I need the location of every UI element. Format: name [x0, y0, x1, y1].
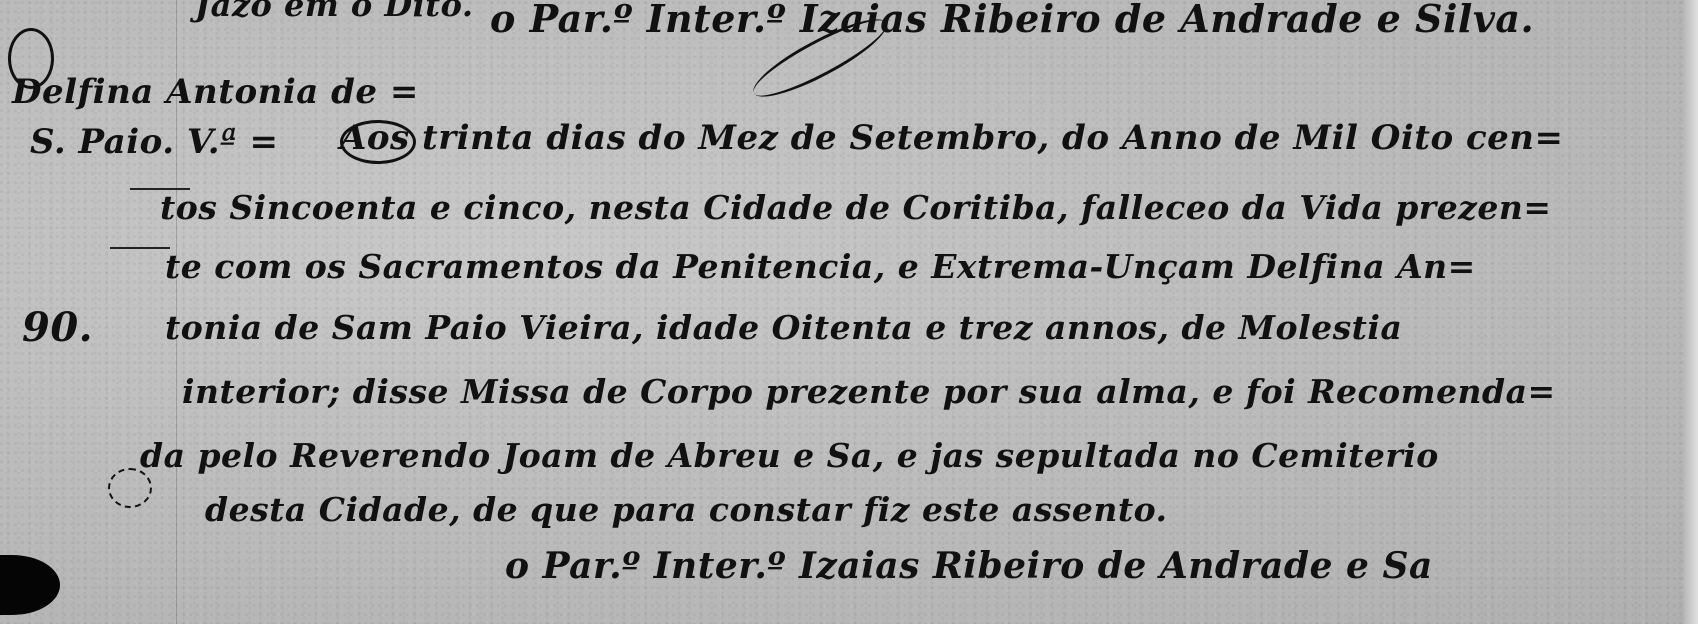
guide-line	[110, 247, 170, 249]
page-edge	[1684, 0, 1698, 624]
body-line-3: te com os Sacramentos da Penitencia, e E…	[165, 247, 1476, 286]
body-line-6: da pelo Reverendo Joam de Abreu e Sa, e …	[140, 436, 1439, 475]
body-line-5: interior; disse Missa de Corpo prezente …	[182, 372, 1556, 411]
previous-entry-fragment: Jazo em o Dito.	[195, 0, 473, 24]
priest-signature: o Par.º Inter.º Izaias Ribeiro de Andrad…	[505, 545, 1433, 587]
body-line-2: tos Sincoenta e cinco, nesta Cidade de C…	[160, 188, 1552, 227]
margin-name-line-1: Delfina Antonia de =	[12, 72, 419, 112]
capital-d-flourish	[8, 28, 54, 89]
ink-blot	[0, 555, 60, 615]
document-scan: Jazo em o Dito. o Par.º Inter.º Izaias R…	[0, 0, 1698, 624]
capital-a-flourish	[340, 120, 416, 164]
margin-name-line-2: S. Paio. V.ª =	[30, 122, 279, 162]
body-line-7: desta Cidade, de que para constar fiz es…	[205, 490, 1168, 529]
body-line-4: tonia de Sam Paio Vieira, idade Oitenta …	[165, 308, 1402, 347]
body-line-1: Aos trinta dias do Mez de Setembro, do A…	[340, 118, 1564, 158]
previous-entry-signature: o Par.º Inter.º Izaias Ribeiro de Andrad…	[490, 0, 1534, 41]
entry-number: 90.	[22, 304, 93, 351]
